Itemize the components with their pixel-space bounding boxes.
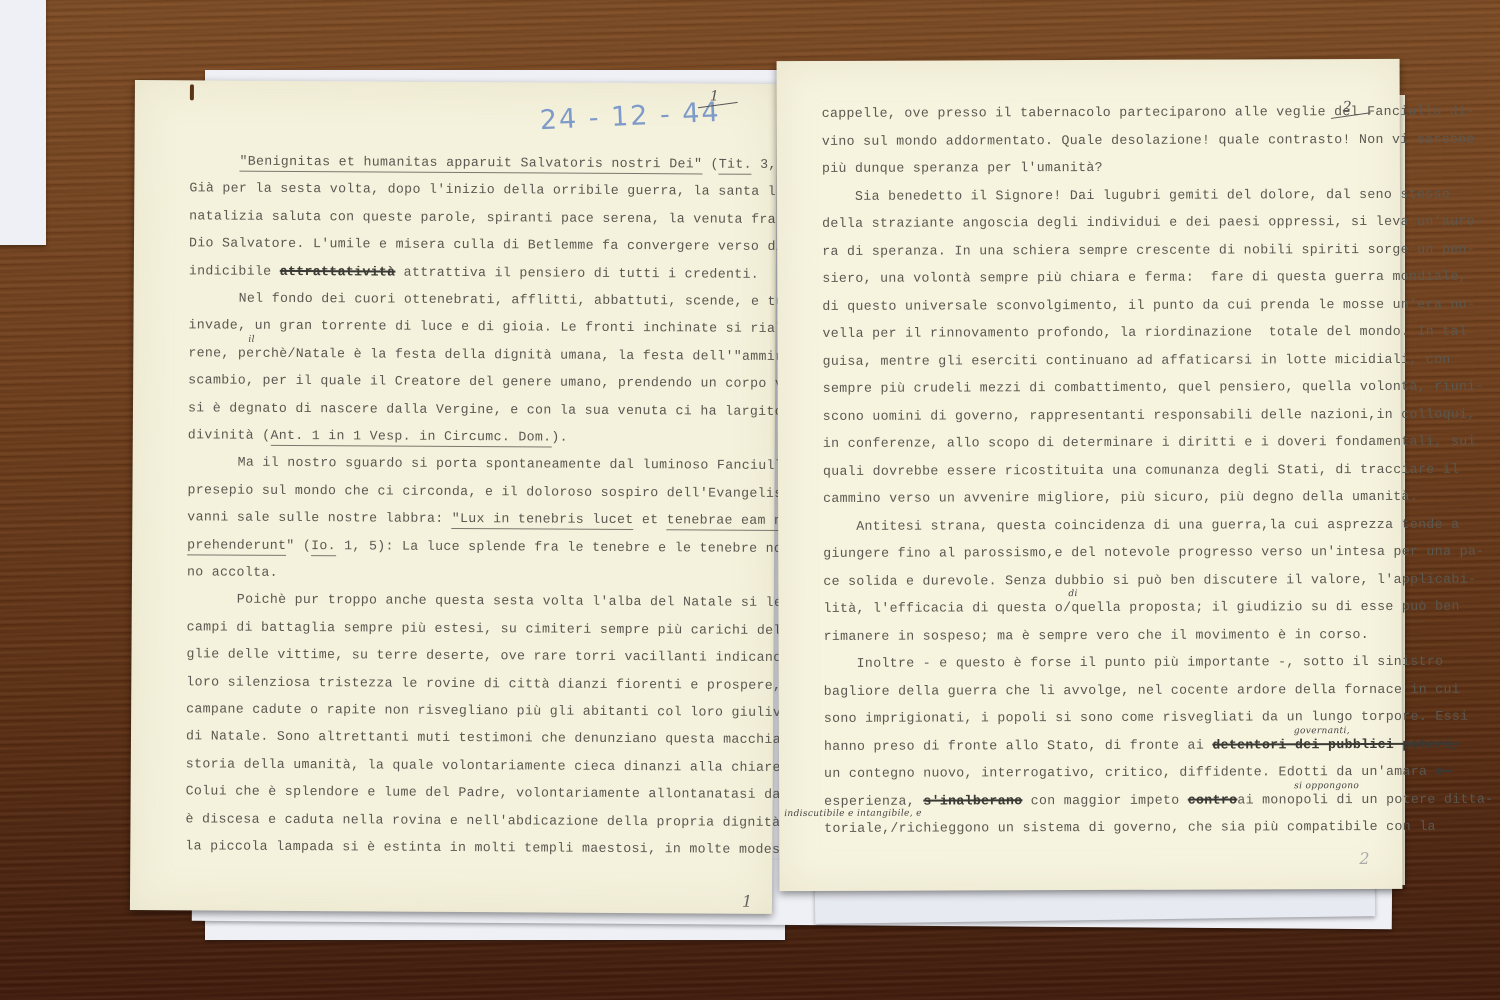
typed-line: Sia benedetto il Signore! Dai lugubri ge… xyxy=(855,186,1450,203)
line-text: no accolta. xyxy=(187,564,278,580)
typed-line: quali dovrebbe essere ricostituita una c… xyxy=(823,461,1459,478)
typed-line: lità, l'efficacia di questa o/quella pro… xyxy=(823,599,1459,616)
page-number-bottom: 2 xyxy=(1359,849,1369,868)
line-text: indicibile xyxy=(189,263,280,279)
line-text: ai monopoli di un potere ditta- xyxy=(1237,791,1493,807)
typed-line: campane cadute o rapite non risvegliano … xyxy=(186,701,839,720)
line-text: più dunque speranza per l'umanità? xyxy=(822,160,1103,176)
typed-line: più dunque speranza per l'umanità? xyxy=(822,160,1103,176)
typed-line: rimanere in sospeso; ma è sempre vero ch… xyxy=(824,627,1369,644)
line-text: attrattiva il pensiero di tutti i creden… xyxy=(395,264,759,281)
line-text: natalizia saluta con queste parole, spir… xyxy=(189,208,842,227)
line-text: un contegno nuovo, interrogativo, critic… xyxy=(824,764,1436,781)
line-text: loro silenziosa tristezza le rovine di c… xyxy=(186,674,831,693)
page-number-top: 1 xyxy=(710,89,719,105)
line-text: Dio Salvatore. L'umile e misera culla di… xyxy=(189,236,842,255)
line-text: invade, un gran torrente di luce e di gi… xyxy=(188,318,849,337)
line-text: rimanere in sospeso; ma è sempre vero ch… xyxy=(824,627,1369,644)
line-text: è discesa e caduta nella rovina e nell'a… xyxy=(185,811,838,830)
line-text: Nel fondo dei cuori ottenebrati, afflitt… xyxy=(239,291,834,310)
typed-line: della straziante angoscia degli individu… xyxy=(822,214,1483,231)
typed-line: di Natale. Sono altrettanti muti testimo… xyxy=(186,729,831,748)
typed-line: è discesa e caduta nella rovina e nell'a… xyxy=(185,811,838,830)
line-text: vino sul mondo addormentato. Quale desol… xyxy=(822,131,1475,148)
line-text: bagliore della guerra che li avvolge, ne… xyxy=(824,681,1460,698)
blank-sheet-corner xyxy=(0,0,46,245)
typed-line: cappelle, ove presso il tabernacolo part… xyxy=(822,104,1475,121)
line-text: ce solida e durevole. Senza dubbio si pu… xyxy=(823,571,1476,588)
handwritten-insertion: governanti, xyxy=(1294,726,1350,736)
line-text: 1, 5): La luce splende fra le tenebre e … xyxy=(336,538,848,556)
line-text: con maggior impeto xyxy=(1022,792,1187,808)
typed-line: Dio Salvatore. L'umile e misera culla di… xyxy=(189,236,842,255)
typed-line: esperienza, s'inalberano con maggior imp… xyxy=(824,791,1493,808)
underlined-citation: Io. xyxy=(311,538,336,556)
underlined-citation: Tit. xyxy=(719,157,752,175)
line-text: Sia benedetto il Signore! Dai lugubri ge… xyxy=(855,186,1450,203)
line-text: ( xyxy=(702,156,719,171)
line-text: di questo universale sconvolgimento, il … xyxy=(822,296,1475,313)
line-text: rene, perchè/Natale è la festa della dig… xyxy=(188,345,824,364)
page-number-bottom: 1 xyxy=(742,892,752,911)
typed-line: scambio, per il quale il Creatore del ge… xyxy=(188,373,841,392)
handwritten-insertion: si oppongono xyxy=(1294,781,1359,791)
typed-line: no accolta. xyxy=(187,564,278,580)
struck-out-text: s'inalberano xyxy=(923,793,1022,808)
line-text: campi di battaglia sempre più estesi, su… xyxy=(187,619,840,638)
line-text: Ma il nostro sguardo si porta spontaneam… xyxy=(238,455,825,474)
typed-line: in conferenze, allo scopo di determinare… xyxy=(823,434,1476,451)
line-text: Già per la sesta volta, dopo l'inizio de… xyxy=(189,181,834,200)
line-text: guisa, mentre gli eserciti continuano ad… xyxy=(823,351,1451,368)
typed-line: glie delle vittime, su terre deserte, ov… xyxy=(186,647,831,666)
document-page-1: 24 - 12 - 44 1 "Benignitas et humanitas … xyxy=(130,80,777,914)
line-text: hanno preso di fronte allo Stato, di fro… xyxy=(824,737,1212,753)
document-page-2: 2 cappelle, ove presso il tabernacolo pa… xyxy=(777,59,1403,891)
typed-line: Antitesi strana, questa coincidenza di u… xyxy=(856,516,1459,533)
line-text: Antitesi strana, questa coincidenza di u… xyxy=(856,516,1459,533)
typed-line: bagliore della guerra che li avvolge, ne… xyxy=(824,681,1460,698)
typed-line: scono uomini di governo, rappresentanti … xyxy=(823,406,1476,423)
typed-line: Colui che è splendore e lume del Padre, … xyxy=(186,784,847,803)
typed-line: presepio sul mondo che ci circonda, e il… xyxy=(187,482,840,501)
handwritten-insertion: il xyxy=(248,334,255,344)
line-text: esperienza, xyxy=(824,793,923,808)
line-text: sempre più crudeli mezzi di combattiment… xyxy=(823,379,1484,396)
line-text: cammino verso un avvenire migliore, più … xyxy=(823,489,1418,506)
struck-out-text: attrattatività xyxy=(280,263,396,279)
underlined-citation: prehenderunt xyxy=(187,537,286,556)
line-text: storia della umanità, la quale volontari… xyxy=(186,756,831,775)
typed-line: siero, una volontà sempre più chiara e f… xyxy=(822,269,1467,286)
handwritten-margin-note: indiscutibile e intangibile, e xyxy=(784,809,922,819)
typed-line: invade, un gran torrente di luce e di gi… xyxy=(188,318,849,337)
typed-line: ce solida e durevole. Senza dubbio si pu… xyxy=(823,571,1476,588)
typed-line: Nel fondo dei cuori ottenebrati, afflitt… xyxy=(239,291,834,310)
line-text: vella per il rinnovamento profondo, la r… xyxy=(822,324,1467,341)
typed-line: storia della umanità, la quale volontari… xyxy=(186,756,831,775)
line-text: et xyxy=(634,512,667,527)
typed-line: vella per il rinnovamento profondo, la r… xyxy=(822,324,1467,341)
underlined-citation: "Lux in tenebris lucet xyxy=(452,511,634,530)
typed-line: "Benignitas et humanitas apparuit Salvat… xyxy=(239,154,809,172)
line-text: toriale,/richieggono un sistema di gover… xyxy=(824,819,1436,836)
typed-line: Inoltre - e questo è forse il punto più … xyxy=(857,654,1444,671)
underlined-citation: Ant. 1 in 1 Vesp. in Circumc. Dom. xyxy=(270,428,551,448)
line-text: lità, l'efficacia di questa o/quella pro… xyxy=(823,599,1459,616)
typed-line: giungere fino al parossismo,e del notevo… xyxy=(823,544,1484,561)
line-text: ). xyxy=(551,430,568,445)
line-text: sono imprigionati, i popoli si sono come… xyxy=(824,709,1469,726)
typed-line: Ma il nostro sguardo si porta spontaneam… xyxy=(238,455,825,474)
typed-line: hanno preso di fronte allo Stato, di fro… xyxy=(824,736,1460,753)
typed-line: Già per la sesta volta, dopo l'inizio de… xyxy=(189,181,834,200)
line-text: scambio, per il quale il Creatore del ge… xyxy=(188,373,841,392)
line-text: " ( xyxy=(286,538,311,553)
typed-line: campi di battaglia sempre più estesi, su… xyxy=(187,619,840,638)
line-text: ra di speranza. In una schiera sempre cr… xyxy=(822,241,1475,258)
line-text: vanni sale sulle nostre labbra: xyxy=(187,510,452,527)
line-text: Inoltre - e questo è forse il punto più … xyxy=(857,654,1444,671)
paper-tear xyxy=(190,84,194,100)
typed-line: sempre più crudeli mezzi di combattiment… xyxy=(823,379,1484,396)
line-text: Colui che è splendore e lume del Padre, … xyxy=(186,784,847,803)
line-text: presepio sul mondo che ci circonda, e il… xyxy=(187,482,840,501)
line-text: di Natale. Sono altrettanti muti testimo… xyxy=(186,729,831,748)
typed-line: ra di speranza. In una schiera sempre cr… xyxy=(822,241,1475,258)
line-text: della straziante angoscia degli individu… xyxy=(822,214,1483,231)
line-text: quali dovrebbe essere ricostituita una c… xyxy=(823,461,1459,478)
typed-line: toriale,/richieggono un sistema di gover… xyxy=(824,819,1436,836)
line-text: divinità ( xyxy=(188,427,271,443)
typed-line: vanni sale sulle nostre labbra: "Lux in … xyxy=(187,510,840,529)
line-text: scono uomini di governo, rappresentanti … xyxy=(823,406,1476,423)
handwritten-date: 24 - 12 - 44 xyxy=(539,97,721,136)
underlined-citation: "Benignitas et humanitas apparuit Salvat… xyxy=(239,154,702,175)
line-text: si è degnato di nascere dalla Vergine, e… xyxy=(188,400,841,419)
line-text: glie delle vittime, su terre deserte, ov… xyxy=(186,647,831,666)
page-2-text: cappelle, ove presso il tabernacolo part… xyxy=(777,59,1400,61)
typed-line: loro silenziosa tristezza le rovine di c… xyxy=(186,674,831,693)
typed-line: cammino verso un avvenire migliore, più … xyxy=(823,489,1418,506)
line-text: Poichè pur troppo anche questa sesta vol… xyxy=(237,592,824,611)
typed-line: vino sul mondo addormentato. Quale desol… xyxy=(822,131,1475,148)
typed-line: si è degnato di nascere dalla Vergine, e… xyxy=(188,400,841,419)
struck-out-text: e- xyxy=(1436,764,1453,779)
line-text: cappelle, ove presso il tabernacolo part… xyxy=(822,104,1475,121)
typed-line: divinità (Ant. 1 in 1 Vesp. in Circumc. … xyxy=(188,427,568,444)
line-text: siero, una volontà sempre più chiara e f… xyxy=(822,269,1467,286)
line-text: la piccola lampada si è estinta in molti… xyxy=(185,838,805,857)
handwritten-insertion: di xyxy=(1068,589,1077,599)
struck-out-text: contro xyxy=(1188,792,1238,807)
typed-line: indicibile attrattatività attrattiva il … xyxy=(189,263,759,281)
struck-out-text: detentori dei pubblici poteri, xyxy=(1212,736,1460,752)
typed-line: sono imprigionati, i popoli si sono come… xyxy=(824,709,1469,726)
line-text: campane cadute o rapite non risvegliano … xyxy=(186,701,839,720)
line-text: in conferenze, allo scopo di determinare… xyxy=(823,434,1476,451)
typed-line: guisa, mentre gli eserciti continuano ad… xyxy=(823,351,1451,368)
typed-line: di questo universale sconvolgimento, il … xyxy=(822,296,1475,313)
typed-line: rene, perchè/Natale è la festa della dig… xyxy=(188,345,824,364)
typed-line: natalizia saluta con queste parole, spir… xyxy=(189,208,842,227)
typed-line: Poichè pur troppo anche questa sesta vol… xyxy=(237,592,824,611)
typed-line: prehenderunt" (Io. 1, 5): La luce splend… xyxy=(187,537,848,556)
typed-line: la piccola lampada si è estinta in molti… xyxy=(185,838,838,857)
typed-line: un contegno nuovo, interrogativo, critic… xyxy=(824,764,1452,781)
line-text: giungere fino al parossismo,e del notevo… xyxy=(823,544,1484,561)
